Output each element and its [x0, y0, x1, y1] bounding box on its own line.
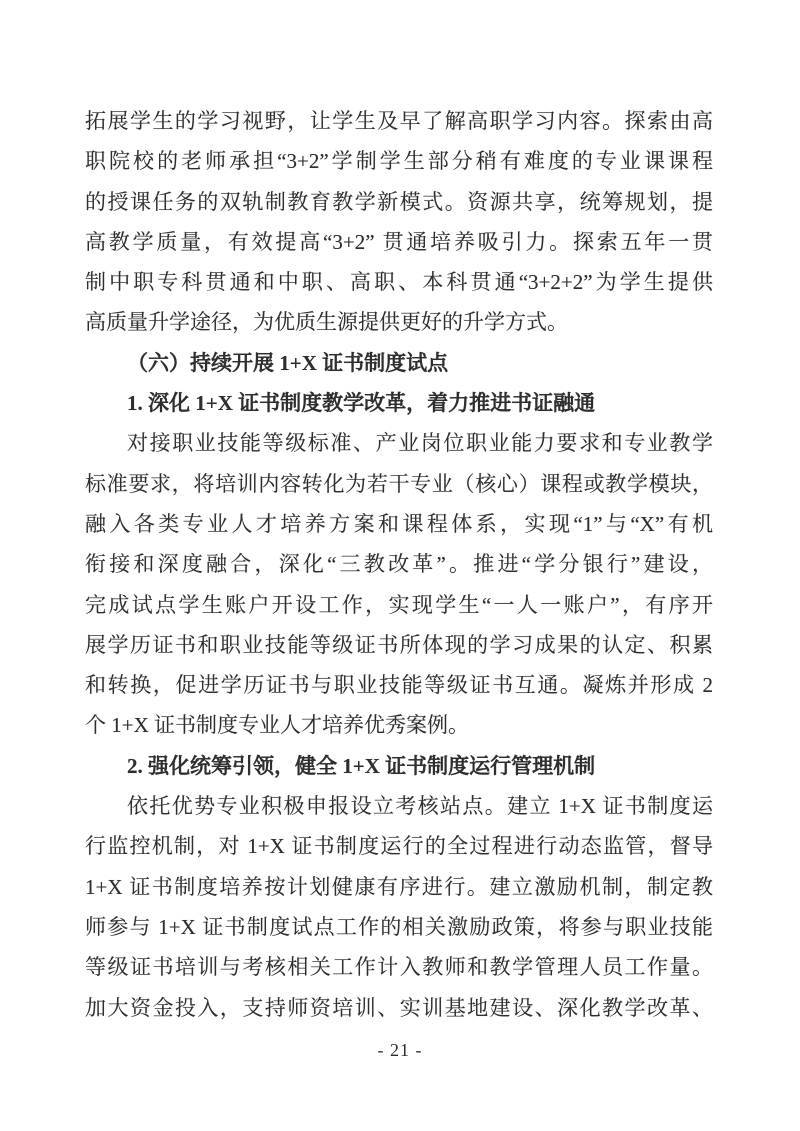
body-line: 拓展学生的学习视野，让学生及早了解高职学习内容。探索由高 — [85, 101, 713, 141]
body-line: 个 1+X 证书制度专业人才培养优秀案例。 — [85, 705, 713, 745]
body-line: 加大资金投入，支持师资培训、实训基地建设、深化教学改革、 — [85, 988, 713, 1028]
body-line: 等级证书培训与考核相关工作计入教师和教学管理人员工作量。 — [85, 947, 713, 987]
body-line: 和转换，促进学历证书与职业技能等级证书互通。凝炼并形成 2 — [85, 665, 713, 705]
body-line: 衔接和深度融合，深化“三教改革”。推进“学分银行”建设， — [85, 544, 713, 584]
body-line: 依托优势专业积极申报设立考核站点。建立 1+X 证书制度运 — [85, 786, 713, 826]
body-line: 融入各类专业人才培养方案和课程体系，实现“1”与“X”有机 — [85, 504, 713, 544]
body-line: 职院校的老师承担“3+2”学制学生部分稍有难度的专业课课程 — [85, 141, 713, 181]
body-line: 高教学质量，有效提高“3+2” 贯通培养吸引力。探索五年一贯 — [85, 222, 713, 262]
body-line: 师参与 1+X 证书制度试点工作的相关激励政策，将参与职业技能 — [85, 907, 713, 947]
body-line: 的授课任务的双轨制教育教学新模式。资源共享，统筹规划，提 — [85, 182, 713, 222]
body-line: 高质量升学途径，为优质生源提供更好的升学方式。 — [85, 302, 713, 342]
body-line: 制中职专科贯通和中职、高职、本科贯通“3+2+2”为学生提供 — [85, 262, 713, 302]
body-line: 标准要求，将培训内容转化为若干专业（核心）课程或教学模块， — [85, 464, 713, 504]
page-number: - 21 - — [0, 1040, 800, 1061]
subsection-heading-1: 1. 深化 1+X 证书制度教学改革，着力推进书证融通 — [85, 383, 713, 423]
body-line: 展学历证书和职业技能等级证书所体现的学习成果的认定、积累 — [85, 625, 713, 665]
body-line: 完成试点学生账户开设工作，实现学生“一人一账户”，有序开 — [85, 585, 713, 625]
subsection-heading-2: 2. 强化统筹引领，健全 1+X 证书制度运行管理机制 — [85, 746, 713, 786]
body-line: 对接职业技能等级标准、产业岗位职业能力要求和专业教学 — [85, 423, 713, 463]
document-page: 拓展学生的学习视野，让学生及早了解高职学习内容。探索由高 职院校的老师承担“3+… — [0, 0, 800, 1131]
document-text-block: 拓展学生的学习视野，让学生及早了解高职学习内容。探索由高 职院校的老师承担“3+… — [85, 101, 713, 1028]
section-heading-6: （六）持续开展 1+X 证书制度试点 — [85, 343, 713, 383]
body-line: 行监控机制，对 1+X 证书制度运行的全过程进行动态监管，督导 — [85, 826, 713, 866]
body-line: 1+X 证书制度培养按计划健康有序进行。建立激励机制，制定教 — [85, 867, 713, 907]
